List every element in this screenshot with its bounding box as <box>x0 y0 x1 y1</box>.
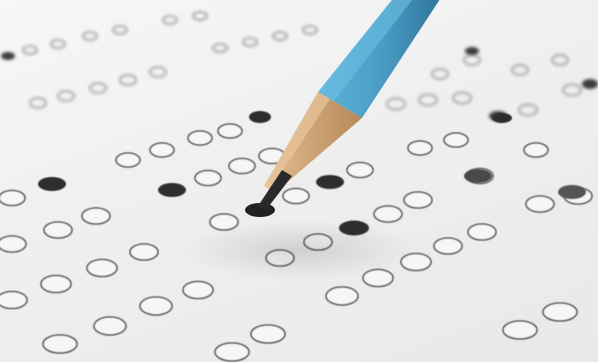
far-filled-bubbles <box>1 47 598 121</box>
far-bubble-rows <box>23 12 581 116</box>
pencil-shadow <box>180 220 420 280</box>
pencil <box>258 0 446 210</box>
answer-sheet-photo <box>0 0 598 362</box>
answer-sheet-illustration <box>0 0 598 362</box>
